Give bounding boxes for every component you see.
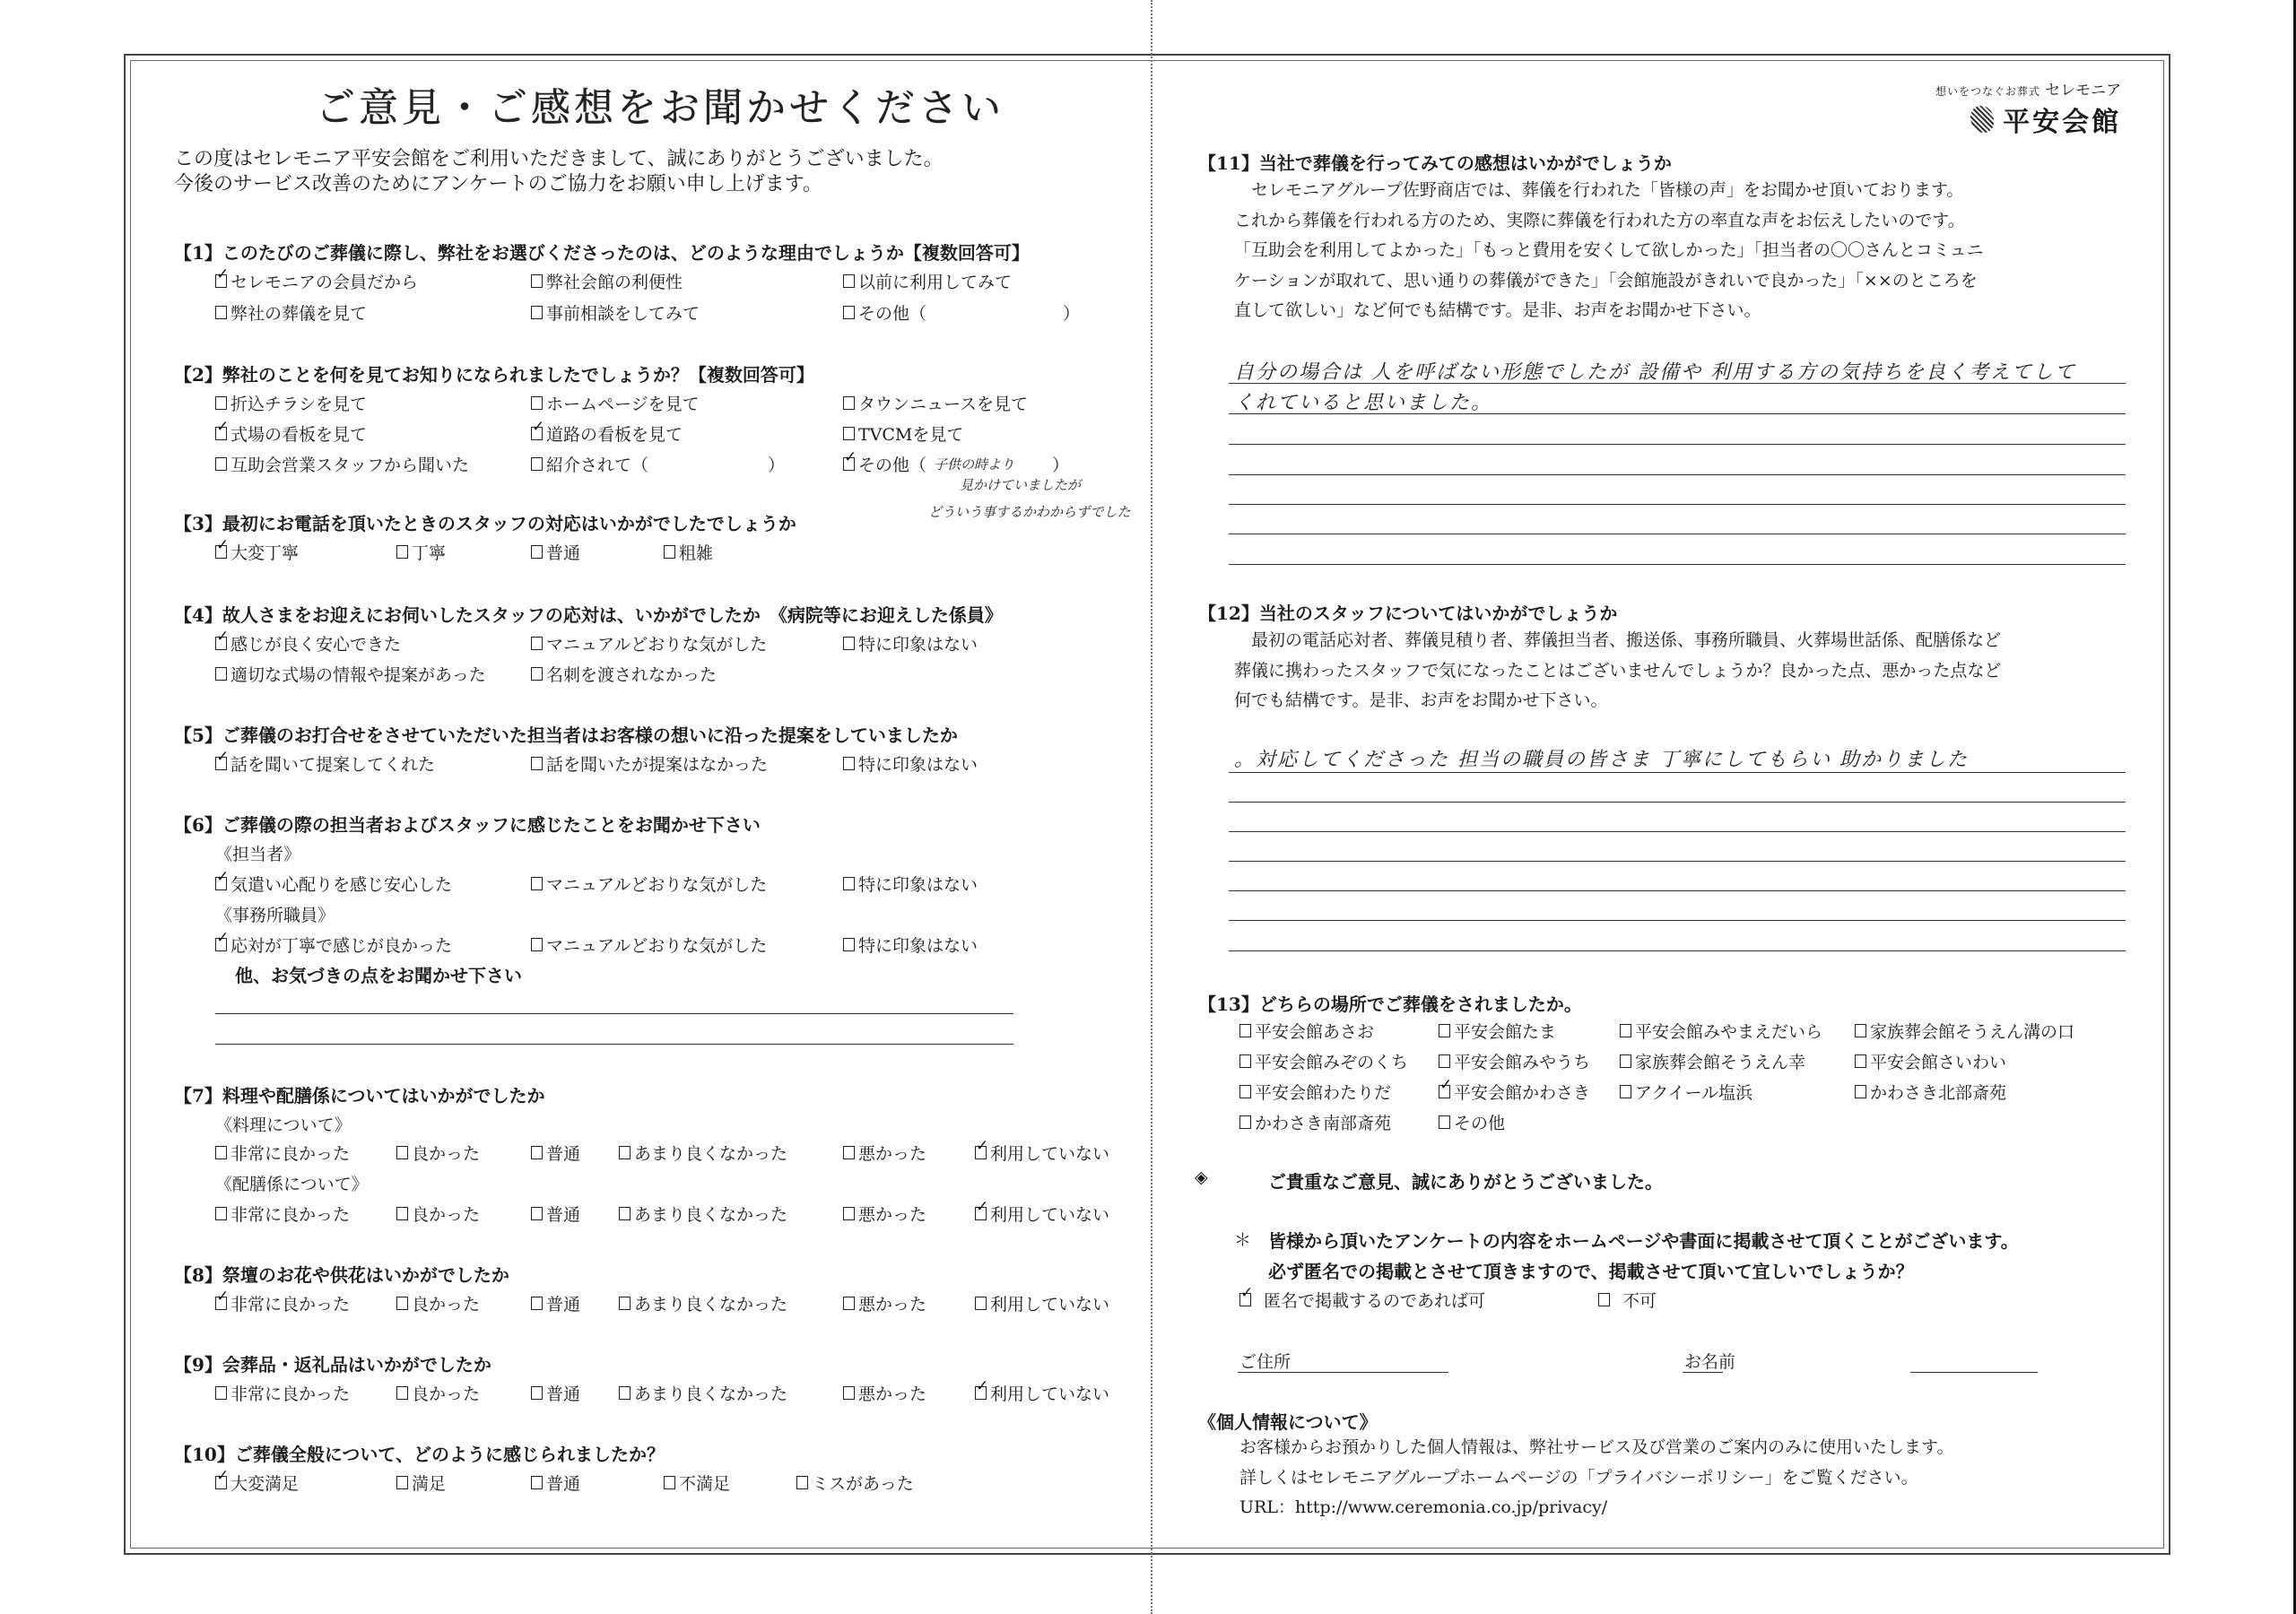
intro-line-2: 今後のサービス改善のためにアンケートのご協力をお願い申し上げます。 <box>174 172 944 197</box>
option-label: 悪かった <box>858 1381 926 1405</box>
q5-option[interactable]: 話を聞いて提案してくれた <box>215 751 435 776</box>
checkbox-icon[interactable] <box>531 545 543 559</box>
option-label: 利用していない <box>990 1291 1109 1315</box>
q6-option[interactable]: 気遣い心配りを感じ安心した <box>215 872 452 896</box>
checkbox-icon[interactable] <box>531 396 543 410</box>
q8-option[interactable]: 悪かった <box>843 1291 926 1315</box>
q9-option[interactable]: 良かった <box>396 1381 480 1405</box>
checkbox-icon[interactable] <box>215 1386 227 1400</box>
company-logo: 想いをつなぐお葬式 セレモニア 平安会館 <box>1935 77 2121 139</box>
checkbox-checked-icon[interactable] <box>215 877 227 890</box>
option-label: 不可 <box>1622 1288 1657 1312</box>
checkbox-icon[interactable] <box>1620 1024 1631 1037</box>
checkbox-icon[interactable] <box>531 1386 543 1400</box>
q12-description: 最初の電話応対者、葬儀見積り者、葬儀担当者、搬送係、事務所職員、火葬場世話係、配… <box>1234 626 2001 716</box>
option-label: 平安会館かわさき <box>1454 1080 1590 1104</box>
option-label: 良かった <box>412 1141 480 1165</box>
q2-option[interactable]: タウンニュースを見て <box>843 391 1028 415</box>
checkbox-checked-icon[interactable] <box>215 427 227 440</box>
q1-option[interactable]: 弊社会館の利便性 <box>531 269 683 293</box>
checkbox-checked-icon[interactable] <box>215 1297 227 1310</box>
q11-answer-line[interactable] <box>1229 504 2126 505</box>
checkbox-icon[interactable] <box>843 1386 855 1400</box>
q7-subheading-server: 《配膳係について》 <box>215 1171 369 1195</box>
q4-option[interactable]: 特に印象はない <box>843 631 978 655</box>
q7-option[interactable]: 普通 <box>531 1202 580 1226</box>
q10-option[interactable]: 普通 <box>531 1471 580 1495</box>
option-label: 気遣い心配りを感じ安心した <box>230 872 452 896</box>
checkbox-checked-icon[interactable] <box>1439 1085 1450 1098</box>
checkbox-icon[interactable] <box>1239 1024 1251 1037</box>
q11-answer-line[interactable] <box>1229 534 2126 534</box>
checkbox-icon[interactable] <box>619 1386 631 1400</box>
logo-name: 平安会館 <box>2003 100 2121 139</box>
option-label: ホームページを見て <box>546 391 700 415</box>
option-label: 普通 <box>546 540 580 564</box>
checkbox-icon[interactable] <box>843 274 855 288</box>
checkbox-icon[interactable] <box>1439 1115 1450 1129</box>
checkbox-checked-icon[interactable] <box>215 545 227 559</box>
name-field[interactable] <box>1683 1372 1723 1373</box>
q11-para-line: 直して欲しい」など何でも結構です。是非、お声をお聞かせ下さい。 <box>1234 296 1984 326</box>
checkbox-icon[interactable] <box>843 877 855 890</box>
checkbox-icon[interactable] <box>531 757 543 770</box>
checkbox-icon[interactable] <box>619 1146 631 1159</box>
q13-option[interactable]: 平安会館みやうち <box>1439 1049 1590 1073</box>
option-label: 話を聞いたが提案はなかった <box>546 751 768 776</box>
question-4-label: 【4】故人さまをお迎えにお伺いしたスタッフの応対は、いかがでしたか 《病院等にお… <box>174 601 1003 627</box>
checkbox-icon[interactable] <box>619 1297 631 1310</box>
q7-option[interactable]: 利用していない <box>975 1141 1109 1165</box>
q2-option[interactable]: ホームページを見て <box>531 391 700 415</box>
q1-option[interactable]: 事前相談をしてみて <box>531 300 700 325</box>
q2-option[interactable]: 互助会営業スタッフから聞いた <box>215 452 469 476</box>
option-label: 良かった <box>412 1202 480 1226</box>
option-label: あまり良くなかった <box>634 1202 787 1226</box>
page-title: ご意見・ご感想をお聞かせください <box>316 75 1004 133</box>
option-label: ミスがあった <box>812 1471 914 1495</box>
option-label: 丁寧 <box>412 540 446 564</box>
option-label: 感じが良く安心できた <box>230 631 401 655</box>
closing-thanks: ご貴重なご意見、誠にありがとうございました。 <box>1268 1167 1663 1193</box>
checkbox-icon[interactable] <box>215 1207 227 1220</box>
option-label: 非常に良かった <box>230 1291 350 1315</box>
q4-option[interactable]: 適切な式場の情報や提案があった <box>215 662 486 686</box>
option-label: 非常に良かった <box>230 1141 350 1165</box>
q7-option[interactable]: 悪かった <box>843 1141 926 1165</box>
page-fold-line <box>1151 0 1152 1614</box>
checkbox-icon[interactable] <box>531 877 543 890</box>
q12-answer-line[interactable] <box>1229 861 2126 862</box>
checkbox-icon[interactable] <box>796 1476 808 1489</box>
question-8-label: 【8】祭壇のお花や供花はいかがでしたか <box>174 1261 509 1287</box>
checkbox-icon[interactable] <box>1620 1054 1631 1068</box>
diamond-bullet-icon: ◈ <box>1195 1167 1208 1187</box>
checkbox-icon[interactable] <box>1239 1115 1251 1129</box>
q2-option[interactable]: TVCMを見て <box>843 421 963 446</box>
q2-option[interactable]: 折込チラシを見て <box>215 391 367 415</box>
checkbox-checked-icon[interactable] <box>843 457 855 471</box>
checkbox-icon[interactable] <box>396 1207 408 1220</box>
option-label: 利用していない <box>990 1141 1109 1165</box>
q4-option[interactable]: 名刺を渡されなかった <box>531 662 717 686</box>
option-label: 特に印象はない <box>858 872 978 896</box>
option-label: 不満足 <box>679 1471 730 1495</box>
checkbox-icon[interactable] <box>843 757 855 770</box>
q8-option[interactable]: 普通 <box>531 1291 580 1315</box>
q11-para-line: ケーションが取れて、思い通りの葬儀ができた」「会館施設がきれいで良かった」「××… <box>1234 266 1984 297</box>
option-label: 悪かった <box>858 1291 926 1315</box>
intro-text: この度はセレモニア平安会館をご利用いただきまして、誠にありがとうございました。 … <box>174 147 944 197</box>
q1-option[interactable]: 弊社の葬儀を見て <box>215 300 367 325</box>
checkbox-icon[interactable] <box>531 1146 543 1159</box>
option-label: 非常に良かった <box>230 1202 350 1226</box>
q10-option[interactable]: ミスがあった <box>796 1471 914 1495</box>
q8-option[interactable]: 非常に良かった <box>215 1291 350 1315</box>
option-label: 特に印象はない <box>858 631 978 655</box>
checkbox-icon[interactable] <box>531 1476 543 1489</box>
checkbox-icon[interactable] <box>843 396 855 410</box>
option-label: 利用していない <box>990 1381 1109 1405</box>
q11-para-line: 「互助会を利用してよかった」「もっと費用を安くして欲しかった」「担当者の〇〇さん… <box>1234 236 1984 266</box>
checkbox-icon[interactable] <box>664 545 675 559</box>
q3-option[interactable]: 普通 <box>531 540 580 564</box>
name-field-extension[interactable] <box>1910 1372 2038 1373</box>
option-label: 弊社の葬儀を見て <box>230 300 367 325</box>
q9-option[interactable]: 普通 <box>531 1381 580 1405</box>
q7-option[interactable]: 利用していない <box>975 1202 1109 1226</box>
checkbox-icon[interactable] <box>619 1207 631 1220</box>
q9-option[interactable]: 非常に良かった <box>215 1381 350 1405</box>
checkbox-checked-icon[interactable] <box>531 427 543 440</box>
checkbox-icon[interactable] <box>531 306 543 319</box>
option-label: その他 <box>1454 1110 1505 1134</box>
option-label: 平安会館みやまえだいら <box>1635 1019 1822 1043</box>
option-label: アクイール塩浜 <box>1635 1080 1752 1104</box>
q13-option[interactable]: 平安会館みやまえだいら <box>1620 1019 1822 1043</box>
publish-consent-option-anonymous[interactable]: 匿名で掲載するのであれば可 <box>1239 1288 1485 1312</box>
q13-option[interactable]: 平安会館あさお <box>1239 1019 1374 1043</box>
address-field[interactable] <box>1238 1372 1448 1373</box>
checkbox-icon[interactable] <box>215 396 227 410</box>
logo-mark-icon <box>1970 106 1994 133</box>
q13-option[interactable]: 家族葬会館そうえん溝の口 <box>1855 1019 2074 1043</box>
q3-option[interactable]: 粗雑 <box>664 540 713 564</box>
option-label: 紹介されて（ ） <box>546 452 785 476</box>
checkbox-icon[interactable] <box>843 427 855 440</box>
checkbox-icon[interactable] <box>531 274 543 288</box>
checkbox-icon[interactable] <box>1239 1085 1251 1098</box>
privacy-heading: 《個人情報について》 <box>1198 1408 1378 1434</box>
option-label: 家族葬会館そうえん幸 <box>1635 1049 1805 1073</box>
option-label: 道路の看板を見て <box>546 421 683 446</box>
option-label: かわさき南部斎苑 <box>1255 1110 1391 1134</box>
checkbox-icon[interactable] <box>531 938 543 951</box>
checkbox-checked-icon[interactable] <box>215 274 227 288</box>
checkbox-checked-icon[interactable] <box>975 1386 987 1400</box>
option-label: 互助会営業スタッフから聞いた <box>230 452 469 476</box>
option-label: 良かった <box>412 1381 480 1405</box>
question-11-label: 【11】当社で葬儀を行ってみての感想はいかがでしょうか <box>1198 149 1672 175</box>
checkbox-icon[interactable] <box>1855 1054 1866 1068</box>
checkbox-icon[interactable] <box>531 667 543 681</box>
option-label: 応対が丁寧で感じが良かった <box>230 933 452 957</box>
q6-subheading-staff: 《担当者》 <box>215 841 300 865</box>
option-label: 家族葬会館そうえん溝の口 <box>1870 1019 2074 1043</box>
checkbox-icon[interactable] <box>215 1146 227 1159</box>
q13-option[interactable]: 平安会館わたりだ <box>1239 1080 1391 1104</box>
checkbox-icon[interactable] <box>215 457 227 471</box>
q11-handwritten-answer-line-2: くれていると思いました。 <box>1234 387 1492 415</box>
q12-para-line: 何でも結構です。是非、お声をお聞かせ下さい。 <box>1234 686 2001 716</box>
checkbox-icon[interactable] <box>1598 1293 1610 1306</box>
q11-para-line: セレモニアグループ佐野商店では、葬儀を行われた「皆様の声」をお聞かせ頂いておりま… <box>1234 176 1984 206</box>
q5-option[interactable]: 特に印象はない <box>843 751 978 776</box>
q10-option[interactable]: 大変満足 <box>215 1471 299 1495</box>
option-label: マニュアルどおりな気がした <box>546 933 767 957</box>
q13-option[interactable]: アクイール塩浜 <box>1620 1080 1752 1104</box>
option-label: 大変丁寧 <box>230 540 299 564</box>
q9-option[interactable]: 利用していない <box>975 1381 1109 1405</box>
q7-option[interactable]: 良かった <box>396 1202 480 1226</box>
q1-option[interactable]: 以前に利用してみて <box>843 269 1012 293</box>
option-label: 満足 <box>412 1471 446 1495</box>
question-13-label: 【13】どちらの場所でご葬儀をされましたか。 <box>1198 990 1582 1016</box>
option-label: 折込チラシを見て <box>230 391 367 415</box>
q6-comment-line[interactable] <box>215 1013 1013 1014</box>
question-5-label: 【5】ご葬儀のお打合せをさせていただいた担当者はお客様の想いに沿った提案をしてい… <box>174 721 958 747</box>
q12-answer-line[interactable] <box>1229 831 2126 832</box>
checkbox-icon[interactable] <box>1439 1054 1450 1068</box>
checkbox-icon[interactable] <box>843 938 855 951</box>
q9-option[interactable]: 悪かった <box>843 1381 926 1405</box>
option-label: 利用していない <box>990 1202 1109 1226</box>
option-label: 粗雑 <box>679 540 713 564</box>
q5-option[interactable]: 話を聞いたが提案はなかった <box>531 751 768 776</box>
q11-handwritten-answer-line-1: 自分の場合は 人を呼ばない形態でしたが 設備や 利用する方の気持ちを良く考えてし… <box>1234 357 2076 385</box>
q6-option[interactable]: マニュアルどおりな気がした <box>531 872 767 896</box>
checkbox-icon[interactable] <box>664 1476 675 1489</box>
name-label: お名前 <box>1684 1349 1735 1373</box>
q7-option[interactable]: 普通 <box>531 1141 580 1165</box>
q6-option[interactable]: 特に印象はない <box>843 872 978 896</box>
option-label: タウンニュースを見て <box>858 391 1028 415</box>
q11-answer-line[interactable] <box>1229 564 2126 565</box>
q11-description: セレモニアグループ佐野商店では、葬儀を行われた「皆様の声」をお聞かせ頂いておりま… <box>1234 176 1984 326</box>
privacy-text: お客様からお預かりした個人情報は、弊社サービス及び営業のご案内のみに使用いたしま… <box>1239 1433 1953 1523</box>
q12-para-line: 最初の電話応対者、葬儀見積り者、葬儀担当者、搬送係、事務所職員、火葬場世話係、配… <box>1234 626 2001 656</box>
option-label: 悪かった <box>858 1141 926 1165</box>
checkbox-icon[interactable] <box>975 1297 987 1310</box>
option-label: 普通 <box>546 1381 580 1405</box>
checkbox-icon[interactable] <box>531 457 543 471</box>
q13-option[interactable]: かわさき北部斎苑 <box>1855 1080 2006 1104</box>
q13-option[interactable]: その他 <box>1439 1110 1505 1134</box>
checkbox-icon[interactable] <box>1439 1024 1450 1037</box>
q7-option[interactable]: あまり良くなかった <box>619 1141 787 1165</box>
q2-option[interactable]: 道路の看板を見て <box>531 421 683 446</box>
q7-option[interactable]: あまり良くなかった <box>619 1202 787 1226</box>
privacy-line: お客様からお預かりした個人情報は、弊社サービス及び営業のご案内のみに使用いたしま… <box>1239 1433 1953 1463</box>
q2-option[interactable]: 式場の看板を見て <box>215 421 367 446</box>
question-1-label: 【1】このたびのご葬儀に際し、弊社をお選びくださったのは、どのような理由でしょう… <box>174 239 1030 265</box>
q13-option[interactable]: 平安会館さいわい <box>1855 1049 2006 1073</box>
q11-answer-line[interactable] <box>1229 444 2126 445</box>
option-label: TVCMを見て <box>858 421 963 446</box>
option-close-paren: ） <box>1052 452 1069 476</box>
q11-answer-line[interactable] <box>1229 413 2126 414</box>
checkbox-icon[interactable] <box>531 1207 543 1220</box>
q7-subheading-food: 《料理について》 <box>215 1112 352 1136</box>
q8-option[interactable]: 良かった <box>396 1291 480 1315</box>
q2-option[interactable]: 紹介されて（ ） <box>531 452 785 476</box>
q10-option[interactable]: 不満足 <box>664 1471 730 1495</box>
q11-answer-line[interactable] <box>1229 474 2126 475</box>
checkbox-icon[interactable] <box>396 1476 408 1489</box>
option-label: 普通 <box>546 1471 580 1495</box>
q13-option[interactable]: 平安会館みぞのくち <box>1239 1049 1408 1073</box>
q4-option[interactable]: マニュアルどおりな気がした <box>531 631 767 655</box>
q3-option[interactable]: 丁寧 <box>396 540 446 564</box>
q9-option[interactable]: あまり良くなかった <box>619 1381 787 1405</box>
option-label: 平安会館さいわい <box>1870 1049 2006 1073</box>
q13-option[interactable]: 平安会館かわさき <box>1439 1080 1590 1104</box>
checkbox-icon[interactable] <box>215 667 227 681</box>
logo-brand: セレモニア <box>2045 82 2121 100</box>
option-label: 適切な式場の情報や提案があった <box>230 662 486 686</box>
publish-consent-line-1: 皆様から頂いたアンケートの内容をホームページや書面に掲載させて頂くことがございま… <box>1268 1227 2019 1253</box>
q7-option[interactable]: 良かった <box>396 1141 480 1165</box>
option-label: 匿名で掲載するのであれば可 <box>1264 1288 1485 1312</box>
checkbox-icon[interactable] <box>531 1297 543 1310</box>
option-label: 以前に利用してみて <box>858 269 1012 293</box>
option-label: 非常に良かった <box>230 1381 350 1405</box>
q12-answer-line[interactable] <box>1229 950 2126 951</box>
q12-answer-line[interactable] <box>1229 890 2126 891</box>
logo-tagline: 想いをつなぐお葬式 <box>1935 85 2040 98</box>
q11-answer-line[interactable] <box>1229 383 2126 384</box>
question-9-label: 【9】会葬品・返礼品はいかがでしたか <box>174 1350 491 1376</box>
option-label: 良かった <box>412 1291 480 1315</box>
intro-line-1: この度はセレモニア平安会館をご利用いただきまして、誠にありがとうございました。 <box>174 147 944 172</box>
q13-option[interactable]: かわさき南部斎苑 <box>1239 1110 1391 1134</box>
checkbox-checked-icon[interactable] <box>1239 1293 1251 1306</box>
q7-option[interactable]: 非常に良かった <box>215 1141 350 1165</box>
handwritten-other-answer: 子供の時より <box>934 455 1014 473</box>
question-3-label: 【3】最初にお電話を頂いたときのスタッフの対応はいかがでしたでしょうか <box>174 509 796 535</box>
option-label: 平安会館わたりだ <box>1255 1080 1391 1104</box>
checkbox-icon[interactable] <box>396 1297 408 1310</box>
q6-option[interactable]: マニュアルどおりな気がした <box>531 933 767 957</box>
q6-comment-line[interactable] <box>215 1044 1013 1045</box>
q8-option[interactable]: あまり良くなかった <box>619 1291 787 1315</box>
checkbox-checked-icon[interactable] <box>215 637 227 650</box>
publish-consent-option-decline[interactable]: 不可 <box>1598 1288 1657 1312</box>
option-label: あまり良くなかった <box>634 1141 787 1165</box>
q3-option[interactable]: 大変丁寧 <box>215 540 299 564</box>
question-6-label: 【6】ご葬儀の際の担当者およびスタッフに感じたことをお聞かせ下さい <box>174 811 761 837</box>
q13-option[interactable]: 平安会館たま <box>1439 1019 1556 1043</box>
option-label: 平安会館あさお <box>1255 1019 1374 1043</box>
q4-option[interactable]: 感じが良く安心できた <box>215 631 401 655</box>
option-label: 事前相談をしてみて <box>546 300 700 325</box>
q12-answer-line[interactable] <box>1229 802 2126 803</box>
option-label: 平安会館たま <box>1454 1019 1556 1043</box>
option-label: その他（ <box>858 452 926 476</box>
privacy-line: 詳しくはセレモニアグループホームページの「プライバシーポリシー」をご覧ください。 <box>1239 1463 1953 1494</box>
q10-option[interactable]: 満足 <box>396 1471 446 1495</box>
checkbox-icon[interactable] <box>1855 1024 1866 1037</box>
option-label: 話を聞いて提案してくれた <box>230 751 435 776</box>
option-label: 平安会館みやうち <box>1454 1049 1590 1073</box>
checkbox-icon[interactable] <box>843 1146 855 1159</box>
option-label: マニュアルどおりな気がした <box>546 872 767 896</box>
option-label: その他（ ） <box>858 300 1080 325</box>
checkbox-icon[interactable] <box>1239 1054 1251 1068</box>
checkbox-icon[interactable] <box>396 1146 408 1159</box>
q12-para-line: 葬儀に携わったスタッフで気になったことはございませんでしょうか？良かった点、悪か… <box>1234 656 2001 687</box>
option-label: かわさき北部斎苑 <box>1870 1080 2006 1104</box>
question-2-label: 【2】弊社のことを何を見てお知りになられましたでしょうか？【複数回答可】 <box>174 360 814 386</box>
handwritten-note-line-1: 見かけていましたが <box>960 475 1081 494</box>
option-label: 名刺を渡されなかった <box>546 662 717 686</box>
question-10-label: 【10】ご葬儀全般について、どのように感じられましたか？ <box>174 1440 665 1466</box>
question-12-label: 【12】当社のスタッフについてはいかがでしょうか <box>1198 599 1617 625</box>
checkbox-checked-icon[interactable] <box>215 757 227 770</box>
option-label: 悪かった <box>858 1202 926 1226</box>
checkbox-icon[interactable] <box>531 637 543 650</box>
q12-answer-line[interactable] <box>1229 772 2126 773</box>
option-label: 特に印象はない <box>858 751 978 776</box>
q1-option-other[interactable]: その他（ ） <box>843 300 1080 325</box>
checkbox-icon[interactable] <box>843 637 855 650</box>
checkbox-icon[interactable] <box>843 306 855 319</box>
handwritten-note-line-2: どういう事するかわからずでした <box>928 502 1130 521</box>
checkbox-icon[interactable] <box>1855 1085 1866 1098</box>
q6-option[interactable]: 特に印象はない <box>843 933 978 957</box>
q2-option-other[interactable]: その他（子供の時より） <box>843 452 1069 476</box>
q6-option[interactable]: 応対が丁寧で感じが良かった <box>215 933 452 957</box>
option-label: 平安会館みぞのくち <box>1255 1049 1408 1073</box>
checkbox-checked-icon[interactable] <box>975 1207 987 1220</box>
privacy-url-link[interactable]: URL：http://www.ceremonia.co.jp/privacy/ <box>1239 1493 1953 1523</box>
q7-option[interactable]: 非常に良かった <box>215 1202 350 1226</box>
option-label: あまり良くなかった <box>634 1291 787 1315</box>
q12-answer-line[interactable] <box>1229 920 2126 921</box>
checkbox-icon[interactable] <box>1620 1085 1631 1098</box>
checkbox-icon[interactable] <box>396 1386 408 1400</box>
checkbox-checked-icon[interactable] <box>215 938 227 951</box>
q1-option[interactable]: セレモニアの会員だから <box>215 269 418 293</box>
q6-other-prompt: 他、お気づきの点をお聞かせ下さい <box>235 961 522 987</box>
option-label: 普通 <box>546 1202 580 1226</box>
q8-option[interactable]: 利用していない <box>975 1291 1109 1315</box>
option-label: 式場の看板を見て <box>230 421 367 446</box>
checkbox-icon[interactable] <box>843 1297 855 1310</box>
checkbox-icon[interactable] <box>396 545 408 559</box>
q7-option[interactable]: 悪かった <box>843 1202 926 1226</box>
q12-handwritten-answer: 。対応してくださった 担当の職員の皆さま 丁寧にしてもらい 助かりました <box>1234 744 1969 772</box>
checkbox-icon[interactable] <box>215 306 227 319</box>
checkbox-checked-icon[interactable] <box>215 1476 227 1489</box>
option-label: セレモニアの会員だから <box>230 269 418 293</box>
checkbox-icon[interactable] <box>843 1207 855 1220</box>
checkbox-checked-icon[interactable] <box>975 1146 987 1159</box>
publish-consent-line-2: 必ず匿名での掲載とさせて頂きますので、掲載させて頂いて宜しいでしょうか？ <box>1268 1257 1914 1283</box>
asterisk-icon: ＊ <box>1234 1227 1251 1251</box>
q13-option[interactable]: 家族葬会館そうえん幸 <box>1620 1049 1805 1073</box>
question-7-label: 【7】料理や配膳係についてはいかがでしたか <box>174 1081 545 1107</box>
